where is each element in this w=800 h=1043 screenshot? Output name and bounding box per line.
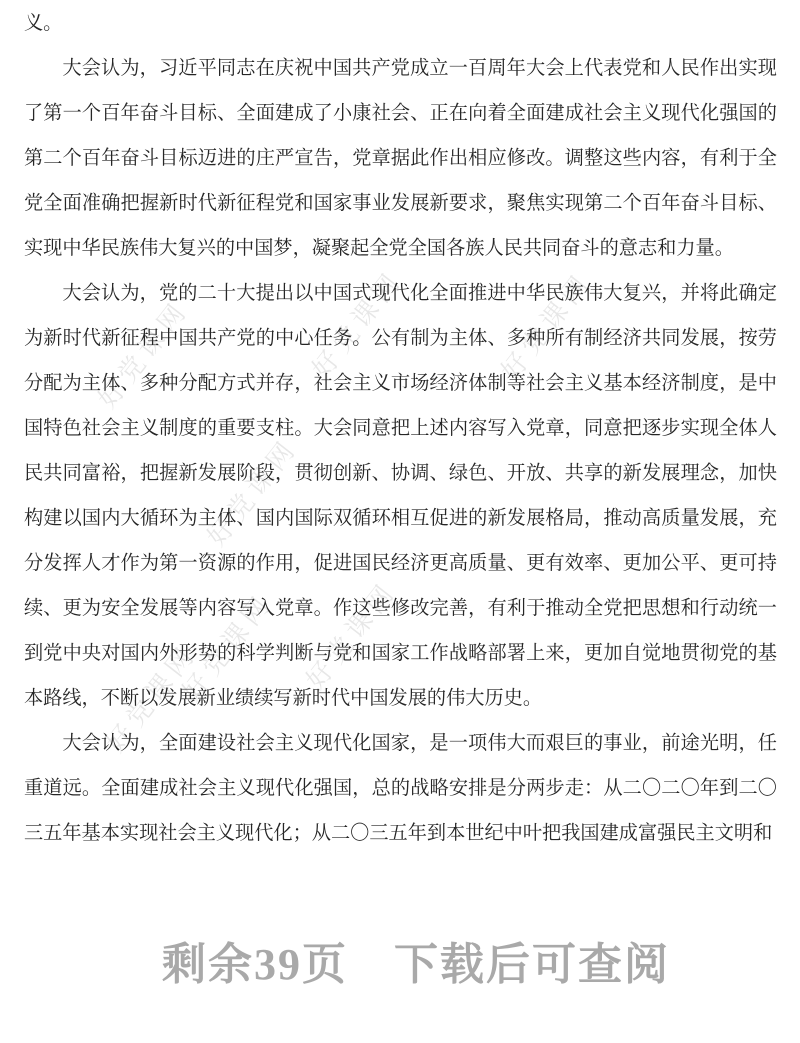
page-footer-notice: 剩余39页 下载后可查阅: [0, 936, 800, 994]
download-hint-label: 下载后可查阅: [394, 936, 670, 994]
paragraph: 大会认为，全面建设社会主义现代化国家，是一项伟大而艰巨的事业，前途光明，任重道远…: [24, 721, 777, 856]
remaining-pages-label: 剩余39页: [162, 936, 348, 994]
document-body: 义。 大会认为，习近平同志在庆祝中国共产党成立一百周年大会上代表党和人民作出实现…: [24, 1, 777, 856]
paragraph: 大会认为，党的二十大提出以中国式现代化全面推进中华民族伟大复兴，并将此确定为新时…: [24, 271, 777, 721]
paragraph: 大会认为，习近平同志在庆祝中国共产党成立一百周年大会上代表党和人民作出实现了第一…: [24, 46, 777, 271]
paragraph-continuation: 义。: [24, 1, 777, 46]
